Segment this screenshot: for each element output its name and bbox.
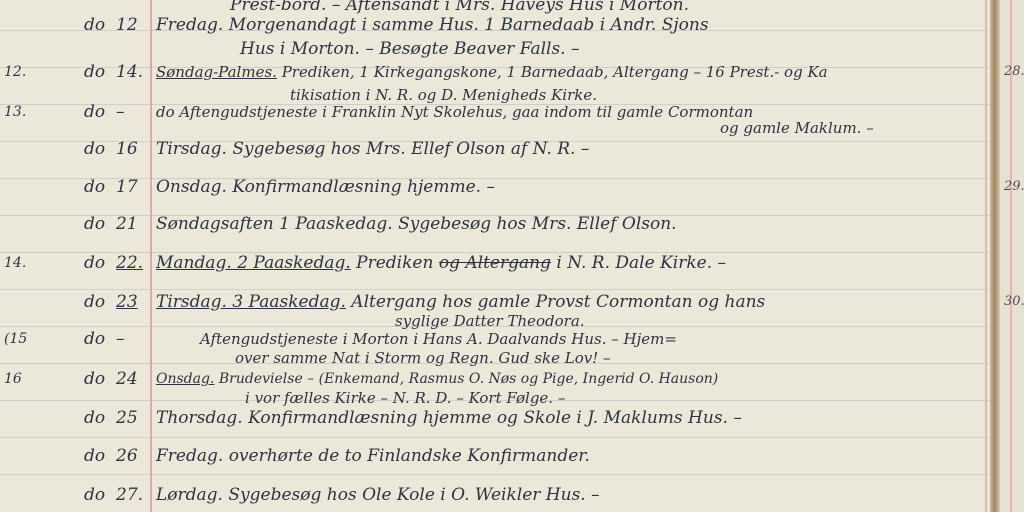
entry-number: 14. xyxy=(4,250,34,276)
weekday: Onsdag. xyxy=(156,177,227,197)
diary-entry: 12. do 14. Søndag-Palmes. Prediken, 1 Ki… xyxy=(0,59,1024,85)
day-number: 23 xyxy=(116,289,150,315)
weekday: do xyxy=(156,103,175,121)
day-number: 27. xyxy=(116,482,150,508)
diary-entry: do 16 Tirsdag. Sygebesøg hos Mrs. Ellef … xyxy=(0,136,1024,162)
diary-entry: do 17 Onsdag. Konfirmandlæsning hjemme. … xyxy=(0,174,1024,200)
diary-entry: do 12 Fredag. Morgenandagt i samme Hus. … xyxy=(0,12,1024,38)
entry-text: Sygebesøg hos Mrs. Ellef Olson. xyxy=(398,214,676,234)
entry-number: 13. xyxy=(4,99,34,125)
entry-text-after: i N. R. Dale Kirke. – xyxy=(556,253,726,273)
entry-text: Brudevielse – (Enkemand, Rasmus O. Nøs o… xyxy=(219,371,718,387)
entry-text: Konfirmandlæsning hjemme. – xyxy=(232,177,495,197)
diary-entry: do 25 Thorsdag. Konfirmandlæsning hjemme… xyxy=(0,405,1024,431)
day-number: – xyxy=(116,326,150,352)
ditto-mark: do xyxy=(84,482,114,508)
entry-text: Sygebesøg hos Ole Kole i O. Weikler Hus.… xyxy=(228,485,599,505)
margin-count: 30. xyxy=(1004,289,1024,315)
weekday: Onsdag. xyxy=(156,371,214,387)
ditto-mark: do xyxy=(84,99,114,125)
weekday: Fredag. xyxy=(156,446,223,466)
ditto-mark: do xyxy=(84,289,114,315)
day-number: 12 xyxy=(116,12,150,38)
day-number: – xyxy=(116,99,150,125)
day-number: 24 xyxy=(116,366,150,392)
day-number: 22. xyxy=(116,250,150,276)
diary-entry: do 26 Fredag. overhørte de to Finlandske… xyxy=(0,443,1024,469)
ditto-mark: do xyxy=(84,250,114,276)
weekday: Søndagsaften 1 Paaskedag. xyxy=(156,214,393,234)
day-number: 21 xyxy=(116,211,150,237)
entry-continuation: Hus i Morton. – Besøgte Beaver Falls. – xyxy=(240,38,580,60)
diary-entry: do 21 Søndagsaften 1 Paaskedag. Sygebesø… xyxy=(0,211,1024,237)
margin-count: 28. xyxy=(1004,59,1024,85)
weekday: Thorsdag. xyxy=(156,408,243,428)
day-number: 17 xyxy=(116,174,150,200)
ditto-mark: do xyxy=(84,174,114,200)
ditto-mark: do xyxy=(84,59,114,85)
entry-text: Konfirmandlæsning hjemme og Skole i J. M… xyxy=(248,408,742,428)
ditto-mark: do xyxy=(84,405,114,431)
day-number: 25 xyxy=(116,405,150,431)
entry-text: Sygebesøg hos Mrs. Ellef Olson af N. R. … xyxy=(232,139,589,159)
entry-text: Aftengudstjeneste i Franklin Nyt Skolehu… xyxy=(179,103,753,121)
day-number: 16 xyxy=(116,136,150,162)
ditto-mark: do xyxy=(84,366,114,392)
weekday: Fredag. xyxy=(156,15,223,35)
entry-text: Morgenandagt i samme Hus. 1 Barnedaab i … xyxy=(229,15,709,35)
struck-text: og Altergang xyxy=(439,253,551,273)
day-number: 26 xyxy=(116,443,150,469)
weekday: Tirsdag. 3 Paaskedag. xyxy=(156,292,346,312)
diary-entry: do 27. Lørdag. Sygebesøg hos Ole Kole i … xyxy=(0,482,1024,508)
ditto-mark: do xyxy=(84,211,114,237)
entry-text: overhørte de to Finlandske Konfirmander. xyxy=(229,446,590,466)
weekday: Søndag-Palmes. xyxy=(156,63,277,81)
diary-entry: 14. do 22. Mandag. 2 Paaskedag. Prediken… xyxy=(0,250,1024,276)
entry-number: 16 xyxy=(4,366,34,392)
ditto-mark: do xyxy=(84,326,114,352)
margin-count: 29. xyxy=(1004,174,1024,200)
entry-text: Prediken xyxy=(356,253,433,273)
entry-number: (15 xyxy=(4,326,34,352)
entry-number: 12. xyxy=(4,59,34,85)
ditto-mark: do xyxy=(84,443,114,469)
weekday: Lørdag. xyxy=(156,485,223,505)
ditto-mark: do xyxy=(84,12,114,38)
day-number: 14. xyxy=(116,59,150,85)
weekday: Tirsdag. xyxy=(156,139,227,159)
entry-text: Altergang hos gamle Provst Cormontan og … xyxy=(351,292,765,312)
weekday: Mandag. 2 Paaskedag. xyxy=(156,253,351,273)
entry-text: Prediken, 1 Kirkegangskone, 1 Barnedaab,… xyxy=(282,63,828,81)
ditto-mark: do xyxy=(84,136,114,162)
entry-text: Aftengudstjeneste i Morton i Hans A. Daa… xyxy=(200,330,677,348)
